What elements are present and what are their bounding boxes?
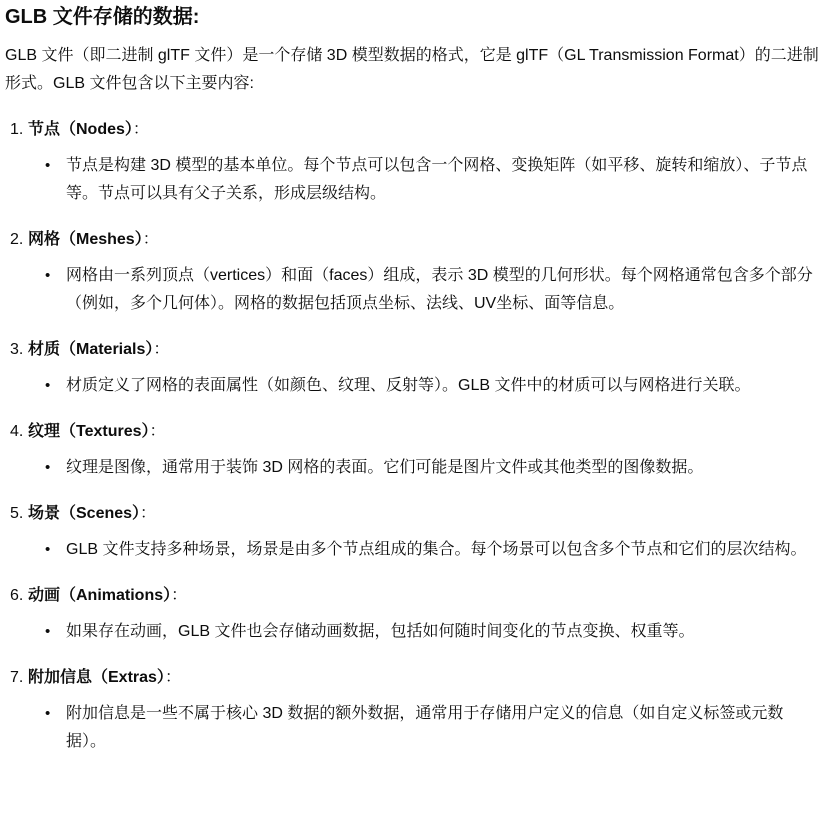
bullet-text: 节点是构建 3D 模型的基本单位。每个节点可以包含一个网格、变换矩阵（如平移、旋… — [66, 152, 822, 208]
intro-paragraph: GLB 文件（即二进制 glTF 文件）是一个存储 3D 模型数据的格式，它是 … — [5, 42, 822, 98]
list-item-number: 7. — [10, 664, 28, 692]
list-item-number: 3. — [10, 336, 28, 364]
list-item-term: 场景（Scenes） — [28, 505, 140, 522]
list-item-title: 附加信息（Extras）： — [28, 664, 181, 692]
bullet-text: 纹理是图像，通常用于装饰 3D 网格的表面。它们可能是图片文件或其他类型的图像数… — [66, 454, 822, 482]
bullet-icon: • — [45, 454, 66, 482]
bullet-item: • 纹理是图像，通常用于装饰 3D 网格的表面。它们可能是图片文件或其他类型的图… — [5, 454, 822, 482]
list-item-header: 7. 附加信息（Extras）： — [5, 664, 822, 692]
list-item-title: 纹理（Textures）： — [28, 418, 166, 446]
document-heading: GLB 文件存储的数据: — [5, 2, 822, 32]
list-item-term: 节点（Nodes） — [28, 121, 133, 138]
bullet-item: • 如果存在动画，GLB 文件也会存储动画数据，包括如何随时间变化的节点变换、权… — [5, 618, 822, 646]
list-item-title: 动画（Animations）： — [28, 582, 187, 610]
bullet-text: GLB 文件支持多种场景，场景是由多个节点组成的集合。每个场景可以包含多个节点和… — [66, 536, 822, 564]
list-item-colon: ： — [150, 423, 166, 440]
bullet-icon: • — [45, 372, 66, 400]
list-item: 3. 材质（Materials）： • 材质定义了网格的表面属性（如颜色、纹理、… — [5, 336, 822, 400]
list-item-term: 动画（Animations） — [28, 587, 171, 604]
list-item: 4. 纹理（Textures）： • 纹理是图像，通常用于装饰 3D 网格的表面… — [5, 418, 822, 482]
list-item: 2. 网格（Meshes）： • 网格由一系列顶点（vertices）和面（fa… — [5, 226, 822, 318]
bullet-icon: • — [45, 152, 66, 208]
list-item-title: 场景（Scenes）： — [28, 500, 156, 528]
list-item-number: 2. — [10, 226, 28, 254]
bullet-item: • 材质定义了网格的表面属性（如颜色、纹理、反射等）。GLB 文件中的材质可以与… — [5, 372, 822, 400]
list-item-term: 材质（Materials） — [28, 341, 153, 358]
bullet-icon: • — [45, 618, 66, 646]
list-item-number: 6. — [10, 582, 28, 610]
list-item: 5. 场景（Scenes）： • GLB 文件支持多种场景，场景是由多个节点组成… — [5, 500, 822, 564]
list-item: 6. 动画（Animations）： • 如果存在动画，GLB 文件也会存储动画… — [5, 582, 822, 646]
list-item-number: 1. — [10, 116, 28, 144]
list-item-title: 材质（Materials）： — [28, 336, 169, 364]
list-item-term: 纹理（Textures） — [28, 423, 150, 440]
list-item-term: 附加信息（Extras） — [28, 669, 165, 686]
list-item-colon: ： — [140, 505, 156, 522]
bullet-icon: • — [45, 700, 66, 756]
list-item-colon: ： — [133, 121, 149, 138]
bullet-item: • GLB 文件支持多种场景，场景是由多个节点组成的集合。每个场景可以包含多个节… — [5, 536, 822, 564]
list-item-colon: ： — [171, 587, 187, 604]
bullet-text: 如果存在动画，GLB 文件也会存储动画数据，包括如何随时间变化的节点变换、权重等… — [66, 618, 822, 646]
list-item-header: 2. 网格（Meshes）： — [5, 226, 822, 254]
bullet-item: • 附加信息是一些不属于核心 3D 数据的额外数据，通常用于存储用户定义的信息（… — [5, 700, 822, 756]
list-item-colon: ： — [153, 341, 169, 358]
bullet-icon: • — [45, 536, 66, 564]
list-item-title: 节点（Nodes）： — [28, 116, 149, 144]
document: GLB 文件存储的数据: GLB 文件（即二进制 glTF 文件）是一个存储 3… — [0, 0, 835, 756]
list-item-title: 网格（Meshes）： — [28, 226, 159, 254]
list-item-number: 5. — [10, 500, 28, 528]
bullet-text: 网格由一系列顶点（vertices）和面（faces）组成，表示 3D 模型的几… — [66, 262, 822, 318]
list-item-header: 3. 材质（Materials）： — [5, 336, 822, 364]
numbered-list: 1. 节点（Nodes）： • 节点是构建 3D 模型的基本单位。每个节点可以包… — [5, 116, 822, 756]
bullet-text: 材质定义了网格的表面属性（如颜色、纹理、反射等）。GLB 文件中的材质可以与网格… — [66, 372, 822, 400]
bullet-item: • 网格由一系列顶点（vertices）和面（faces）组成，表示 3D 模型… — [5, 262, 822, 318]
list-item-header: 5. 场景（Scenes）： — [5, 500, 822, 528]
list-item-header: 4. 纹理（Textures）： — [5, 418, 822, 446]
list-item-colon: ： — [143, 231, 159, 248]
bullet-icon: • — [45, 262, 66, 318]
bullet-item: • 节点是构建 3D 模型的基本单位。每个节点可以包含一个网格、变换矩阵（如平移… — [5, 152, 822, 208]
list-item-header: 6. 动画（Animations）： — [5, 582, 822, 610]
list-item: 1. 节点（Nodes）： • 节点是构建 3D 模型的基本单位。每个节点可以包… — [5, 116, 822, 208]
list-item: 7. 附加信息（Extras）： • 附加信息是一些不属于核心 3D 数据的额外… — [5, 664, 822, 756]
list-item-colon: ： — [165, 669, 181, 686]
bullet-text: 附加信息是一些不属于核心 3D 数据的额外数据，通常用于存储用户定义的信息（如自… — [66, 700, 822, 756]
list-item-header: 1. 节点（Nodes）： — [5, 116, 822, 144]
list-item-term: 网格（Meshes） — [28, 231, 143, 248]
list-item-number: 4. — [10, 418, 28, 446]
